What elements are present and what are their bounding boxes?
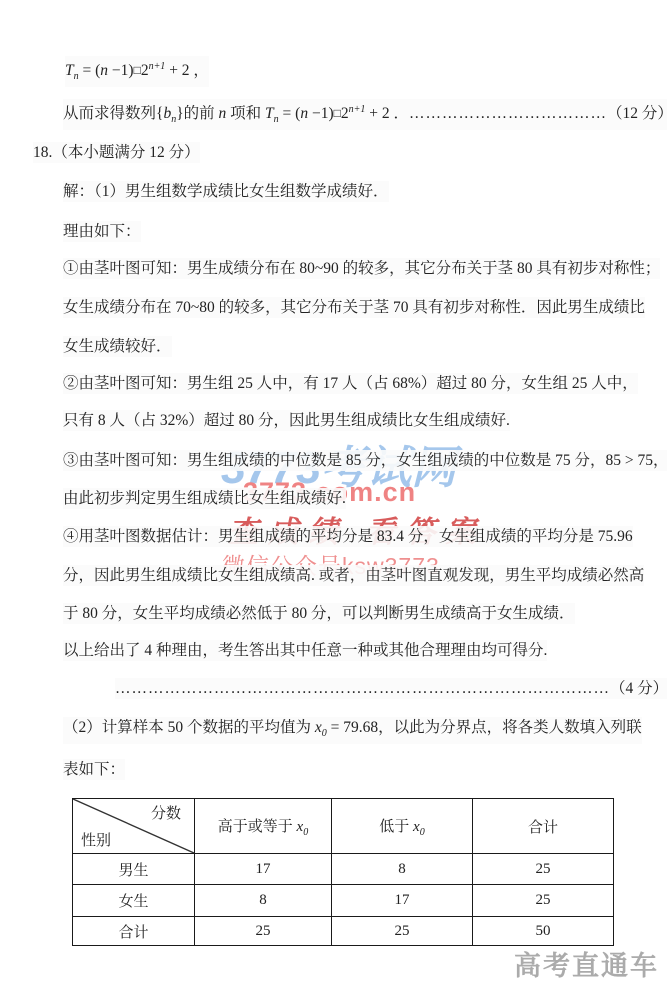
corner-label-gender: 性别 <box>81 829 111 850</box>
solution-line-11: 分，因此男生组成绩比女生组成绩高. 或者，由茎叶图直观发现，男生平均成绩必然高 <box>63 565 644 586</box>
cell-value: 25 <box>332 917 473 946</box>
solution-line-4: 女生成绩分布在 70~80 的较多，其它分布关于茎 70 具有初步对称性．因此男… <box>63 297 645 318</box>
solution-line-10: ④用茎叶图数据估计：男生组成绩的平均分是 83.4 分，女生组成绩的平均分是 7… <box>63 526 633 547</box>
solution-line-5: 女生成绩较好． <box>63 336 172 357</box>
table-header-high: 高于或等于 x0 <box>195 799 332 854</box>
table-header-total: 合计 <box>473 799 614 854</box>
formula-tn: Tn = (n −1)□2n+1 + 2 ， <box>65 56 209 87</box>
table-row: 女生 8 17 25 <box>73 885 614 917</box>
solution-line-3: ①由茎叶图可知：男生成绩分布在 80~90 的较多，其它分布关于茎 80 具有初… <box>63 258 660 279</box>
score-4-line: ………………………………………………………………………………（4 分） <box>115 678 667 699</box>
row-label: 女生 <box>73 885 195 917</box>
cell-value: 8 <box>195 885 332 917</box>
table-corner-cell: 分数 性别 <box>73 799 195 854</box>
row-label: 男生 <box>73 854 195 885</box>
table-header-row: 分数 性别 高于或等于 x0 低于 x0 合计 <box>73 799 614 854</box>
part2-line-1: （2）计算样本 50 个数据的平均值为 x0 = 79.68，以此为分界点，将各… <box>63 717 642 744</box>
solution-line-13: 以上给出了 4 种理由，考生答出其中任意一种或其他合理理由均可得分. <box>63 640 547 661</box>
cell-value: 17 <box>332 885 473 917</box>
solution-line-2: 理由如下： <box>63 221 141 242</box>
cell-value: 25 <box>473 885 614 917</box>
solution-line-1: 解：（1）男生组数学成绩比女生组数学成绩好． <box>63 181 389 202</box>
cell-value: 25 <box>473 854 614 885</box>
solution-line-7: 只有 8 人（占 32%）超过 80 分，因此男生组成绩比女生组成绩好. <box>63 410 510 431</box>
solution-line-12: 于 80 分，女生平均成绩必然低于 80 分，可以判断男生成绩高于女生成绩． <box>63 603 575 624</box>
solution-line-9: 由此初步判定男生组成绩比女生组成绩好. <box>63 488 346 509</box>
solution-line-8: ③由茎叶图可知：男生组成绩的中位数是 85 分，女生组成绩的中位数是 75 分，… <box>63 450 667 471</box>
table-row: 男生 17 8 25 <box>73 854 614 885</box>
cell-value: 50 <box>473 917 614 946</box>
cell-value: 17 <box>195 854 332 885</box>
table-row: 合计 25 25 50 <box>73 917 614 946</box>
cell-value: 25 <box>195 917 332 946</box>
part2-line-2: 表如下： <box>63 759 125 780</box>
table-header-low: 低于 x0 <box>332 799 473 854</box>
question-18-heading: 18.（本小题满分 12 分） <box>33 142 200 163</box>
contingency-table: 分数 性别 高于或等于 x0 低于 x0 合计 男生 17 8 25 女生 8 … <box>72 798 614 946</box>
row-label: 合计 <box>73 917 195 946</box>
cell-value: 8 <box>332 854 473 885</box>
exam-answer-page: 3773考试网 3773.com.cn 查成绩 看答案 微信公众号ksw3773… <box>0 0 667 1002</box>
corner-label-score: 分数 <box>151 802 181 823</box>
solution-line-6: ②由茎叶图可知：男生组 25 人中，有 17 人（占 68%）超过 80 分，女… <box>63 373 638 394</box>
formula-sum-line: 从而求得数列{bn}的前 n 项和 Tn = (n −1)□2n+1 + 2 ．… <box>63 99 667 130</box>
watermark-brand: 高考直通车 <box>514 944 659 983</box>
